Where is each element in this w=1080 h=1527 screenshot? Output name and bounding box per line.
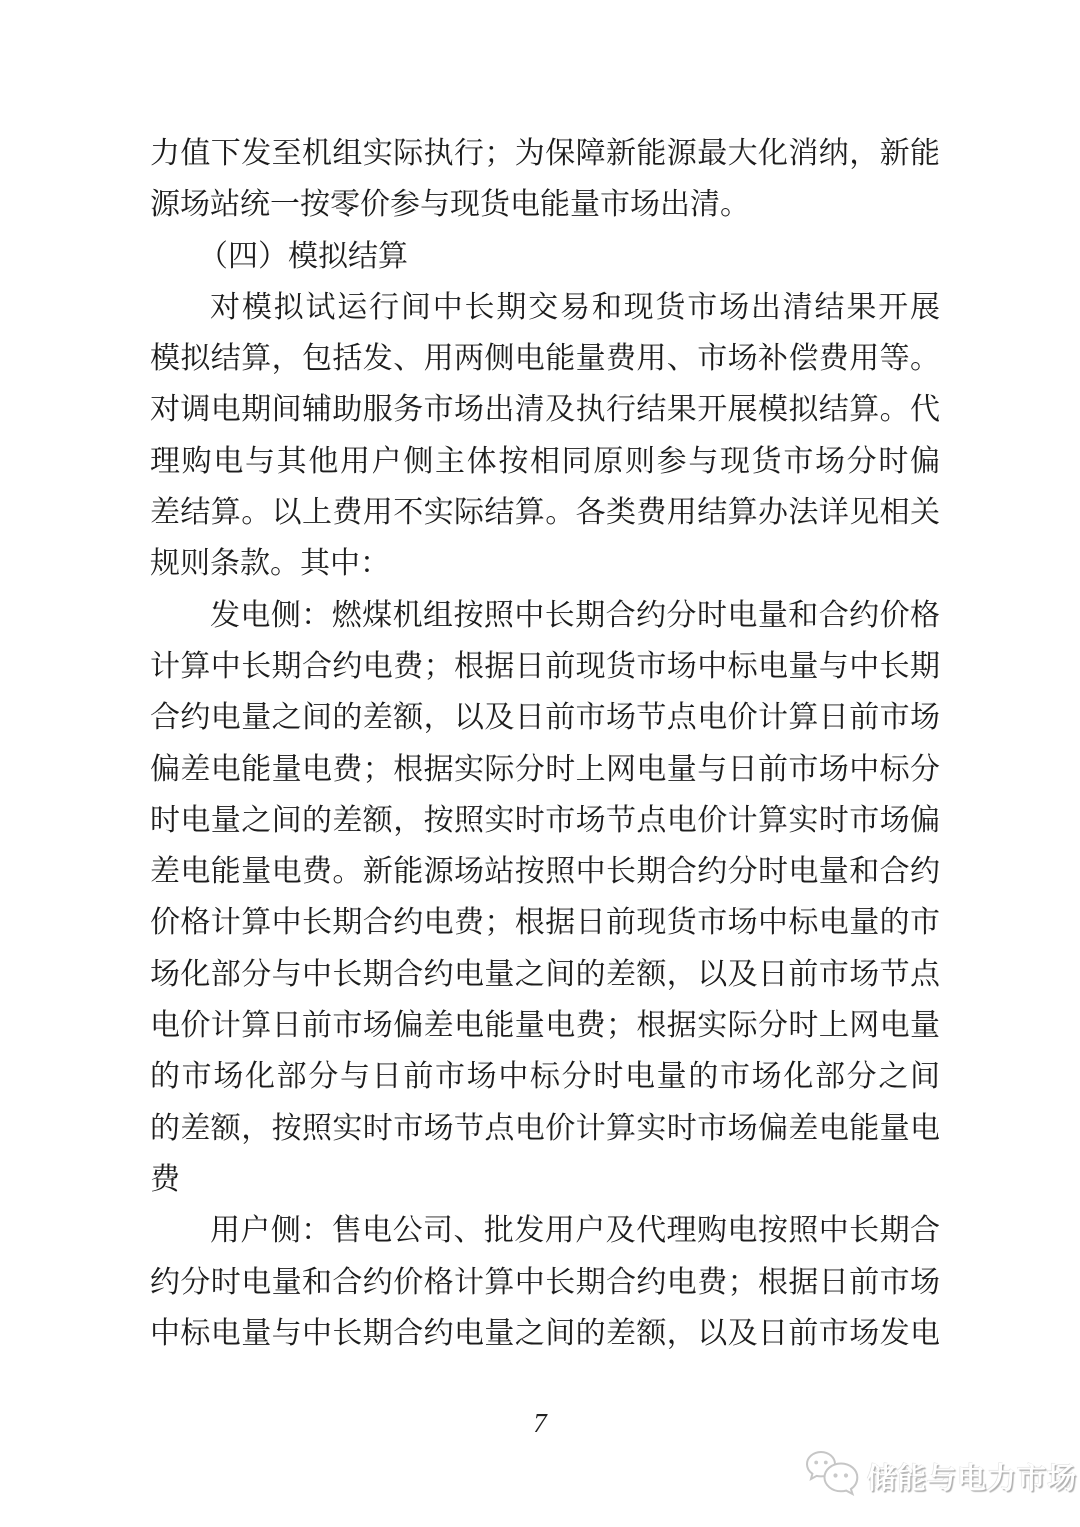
text-line: 源场站统一按零价参与现货电能量市场出清。: [150, 179, 940, 230]
watermark-text: 储能与电力市场: [867, 1456, 1077, 1497]
text-line: 约分时电量和合约价格计算中长期合约电费；根据日前市场: [150, 1257, 940, 1308]
page-number: 7: [0, 1408, 1080, 1439]
text-line: 的市场化部分与日前市场中标分时电量的市场化部分之间: [150, 1051, 940, 1102]
text-line: 电价计算日前市场偏差电能量电费；根据实际分时上网电量: [150, 1000, 940, 1051]
document-page: 力值下发至机组实际执行；为保障新能源最大化消纳，新能源场站统一按零价参与现货电能…: [0, 0, 1080, 1527]
text-line: 场化部分与中长期合约电量之间的差额，以及日前市场节点: [150, 949, 940, 1000]
text-line: 的差额，按照实时市场节点电价计算实时市场偏差电能量电: [150, 1103, 940, 1154]
text-line: 发电侧：燃煤机组按照中长期合约分时电量和合约价格: [150, 590, 940, 641]
text-line: 合约电量之间的差额，以及日前市场节点电价计算日前市场: [150, 692, 940, 743]
text-line: 差结算。以上费用不实际结算。各类费用结算办法详见相关: [150, 487, 940, 538]
text-line: 时电量之间的差额，按照实时市场节点电价计算实时市场偏: [150, 795, 940, 846]
text-line: 费: [150, 1154, 940, 1205]
text-line: 力值下发至机组实际执行；为保障新能源最大化消纳，新能: [150, 128, 940, 179]
text-line: 对调电期间辅助服务市场出清及执行结果开展模拟结算。代: [150, 384, 940, 435]
text-line: 偏差电能量电费；根据实际分时上网电量与日前市场中标分: [150, 744, 940, 795]
document-body: 力值下发至机组实际执行；为保障新能源最大化消纳，新能源场站统一按零价参与现货电能…: [150, 128, 940, 1359]
text-line: 中标电量与中长期合约电量之间的差额，以及日前市场发电: [150, 1308, 940, 1359]
wechat-icon: [804, 1450, 860, 1502]
text-line: 差电能量电费。新能源场站按照中长期合约分时电量和合约: [150, 846, 940, 897]
text-line: 理购电与其他用户侧主体按相同原则参与现货市场分时偏: [150, 436, 940, 487]
watermark: 储能与电力市场: [804, 1450, 1077, 1502]
text-line: （四）模拟结算: [150, 231, 940, 282]
text-line: 模拟结算，包括发、用两侧电能量费用、市场补偿费用等。: [150, 333, 940, 384]
text-line: 对模拟试运行间中长期交易和现货市场出清结果开展: [150, 282, 940, 333]
text-line: 价格计算中长期合约电费；根据日前现货市场中标电量的市: [150, 897, 940, 948]
text-line: 用户侧：售电公司、批发用户及代理购电按照中长期合: [150, 1205, 940, 1256]
text-line: 规则条款。其中：: [150, 538, 940, 589]
text-line: 计算中长期合约电费；根据日前现货市场中标电量与中长期: [150, 641, 940, 692]
